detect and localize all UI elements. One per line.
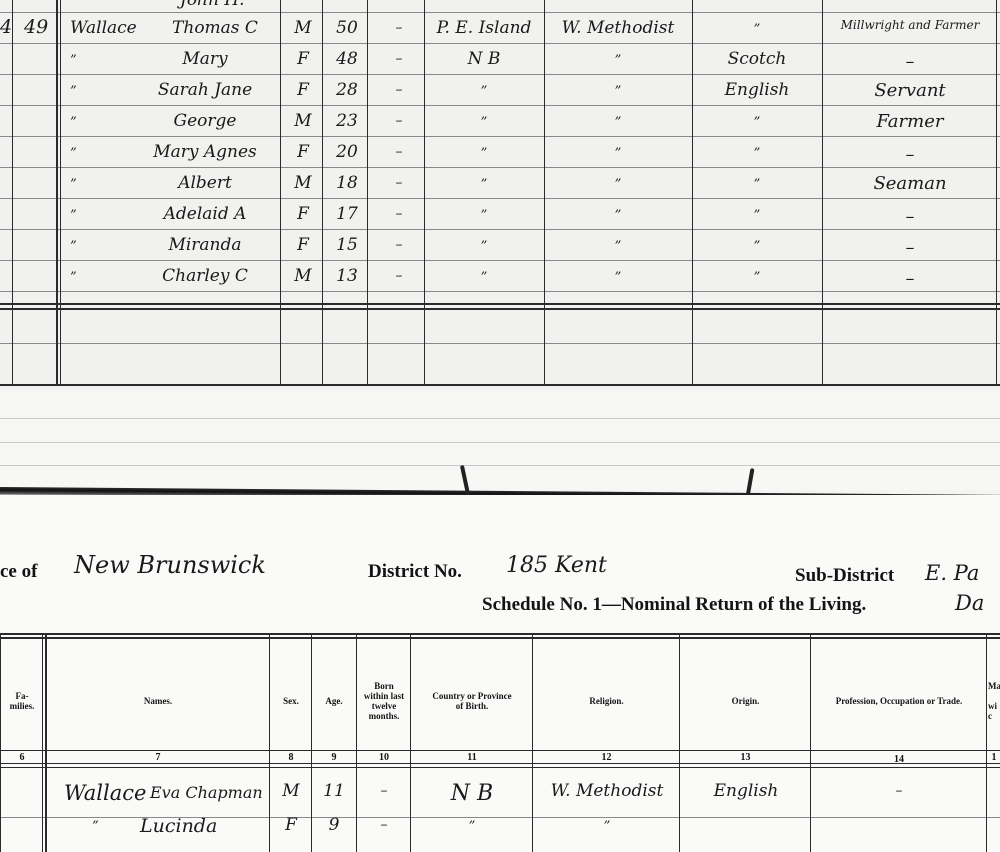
sex: F bbox=[290, 204, 316, 224]
given-name: Lucinda bbox=[140, 815, 217, 837]
given-name: George bbox=[140, 111, 270, 131]
column-number: 6 bbox=[2, 752, 42, 763]
age: 20 bbox=[332, 142, 362, 162]
born-within-year: – bbox=[392, 113, 406, 129]
origin: ” bbox=[696, 146, 818, 161]
column-header-label: Fa-milies. bbox=[2, 691, 42, 711]
religion: ” bbox=[548, 53, 688, 68]
lower-census-page: ce of New Brunswick District No. 185 Ken… bbox=[0, 495, 1000, 852]
age: 15 bbox=[332, 235, 362, 255]
occupation: – bbox=[826, 206, 994, 227]
origin: ” bbox=[696, 208, 818, 223]
column-header-label: Profession, Occupation or Trade. bbox=[812, 696, 986, 706]
census-row: ”Mary AgnesF20–”””– bbox=[0, 138, 1000, 169]
subdistrict-value: E. Pa bbox=[925, 561, 979, 585]
age: 13 bbox=[332, 266, 362, 286]
origin: English bbox=[696, 80, 818, 100]
census-row: ”Sarah JaneF28–””EnglishServant bbox=[0, 76, 1000, 107]
age: 48 bbox=[332, 49, 362, 69]
province-value: New Brunswick bbox=[74, 551, 266, 579]
census-row: ”AlbertM18–”””Seaman bbox=[0, 169, 1000, 200]
sex: F bbox=[290, 235, 316, 255]
given-name: Thomas C bbox=[150, 18, 280, 38]
religion: W. Methodist bbox=[548, 18, 688, 38]
occupation: – bbox=[826, 51, 994, 72]
surname: Wallace bbox=[64, 781, 146, 805]
header-num-rule bbox=[0, 767, 1000, 768]
sex: M bbox=[290, 266, 316, 286]
religion: ” bbox=[548, 239, 688, 254]
census-row: ”MirandaF15–”””– bbox=[0, 231, 1000, 262]
origin: ” bbox=[696, 177, 818, 192]
given-name: Miranda bbox=[140, 235, 270, 255]
given-name: Adelaid A bbox=[140, 204, 270, 224]
province-label: ce of bbox=[0, 561, 37, 583]
census-row: ”Adelaid AF17–”””– bbox=[0, 200, 1000, 231]
religion: ” bbox=[548, 84, 688, 99]
given-name: Mary bbox=[140, 49, 270, 69]
age: 11 bbox=[314, 781, 354, 801]
born-within-year: – bbox=[392, 175, 406, 191]
religion: ” bbox=[548, 115, 688, 130]
column-number: 12 bbox=[534, 752, 679, 763]
column-header-label: Mawic bbox=[988, 681, 1000, 721]
subdistrict-label: Sub-District bbox=[795, 565, 894, 587]
occupation: – bbox=[826, 144, 994, 165]
column-number: 7 bbox=[48, 752, 268, 763]
page-gap bbox=[0, 390, 1000, 490]
born-within-year: – bbox=[392, 20, 406, 36]
sex: F bbox=[290, 142, 316, 162]
age: 23 bbox=[332, 111, 362, 131]
birthplace: ” bbox=[428, 208, 540, 223]
given-name: Sarah Jane bbox=[140, 80, 270, 100]
born-within-year: – bbox=[392, 268, 406, 284]
birthplace: ” bbox=[428, 84, 540, 99]
religion: ” bbox=[548, 146, 688, 161]
birthplace: ” bbox=[428, 146, 540, 161]
sex: M bbox=[290, 18, 316, 38]
double-rule bbox=[0, 308, 1000, 310]
sex: F bbox=[290, 80, 316, 100]
religion: ” bbox=[548, 270, 688, 285]
occupation: – bbox=[826, 268, 994, 289]
birthplace: N B bbox=[428, 49, 540, 69]
bottom-rule bbox=[0, 384, 1000, 386]
column-header-label: Age. bbox=[313, 696, 355, 706]
upper-census-page: John H. ” ” 4 49 WallaceThomas CM50–P. E… bbox=[0, 0, 1000, 390]
birthplace: ” bbox=[428, 177, 540, 192]
partial-ditto: ” bbox=[618, 0, 625, 9]
sex: M bbox=[290, 173, 316, 193]
surname-ditto: ” bbox=[92, 819, 99, 834]
birthplace: ” bbox=[414, 819, 530, 834]
column-header-label: Sex. bbox=[271, 696, 311, 706]
double-rule bbox=[0, 303, 1000, 305]
census-row: ”LucindaF9–”” bbox=[0, 811, 1000, 842]
census-row: WallaceThomas CM50–P. E. IslandW. Method… bbox=[0, 14, 1000, 45]
row-rule bbox=[0, 12, 1000, 13]
column-header-label: Bornwithin lasttwelvemonths. bbox=[358, 681, 410, 721]
district-label: District No. bbox=[368, 561, 462, 583]
born-within-year: – bbox=[392, 237, 406, 253]
column-number: 10 bbox=[358, 752, 410, 763]
column-number: 8 bbox=[271, 752, 311, 763]
row-rule bbox=[0, 343, 1000, 344]
origin: ” bbox=[696, 270, 818, 285]
column-number: 1 bbox=[988, 752, 1000, 763]
occupation: Millwright and Farmer bbox=[826, 18, 994, 32]
census-row: ”GeorgeM23–”””Farmer bbox=[0, 107, 1000, 138]
origin: ” bbox=[696, 239, 818, 254]
sex: F bbox=[272, 815, 310, 835]
column-header-label: Origin. bbox=[681, 696, 810, 706]
born-within-year: – bbox=[360, 817, 408, 833]
schedule-title: Schedule No. 1—Nominal Return of the Liv… bbox=[482, 594, 866, 616]
sex: M bbox=[290, 111, 316, 131]
given-name: Eva Chapman bbox=[150, 783, 263, 802]
born-within-year: – bbox=[392, 82, 406, 98]
birthplace: ” bbox=[428, 239, 540, 254]
census-row: ”Charley CM13–”””– bbox=[0, 262, 1000, 293]
header-top-rule bbox=[0, 637, 1000, 639]
partial-ditto: ” bbox=[760, 0, 767, 9]
religion: W. Methodist bbox=[536, 781, 678, 801]
birthplace: ” bbox=[428, 270, 540, 285]
given-name: Mary Agnes bbox=[140, 142, 270, 162]
given-name: Albert bbox=[140, 173, 270, 193]
partial-name: John H. bbox=[180, 0, 245, 10]
occupation: Seaman bbox=[826, 173, 994, 194]
age: 28 bbox=[332, 80, 362, 100]
origin: English bbox=[683, 781, 809, 801]
occupation: Servant bbox=[826, 80, 994, 101]
born-within-year: – bbox=[360, 783, 408, 799]
occupation: – bbox=[826, 237, 994, 258]
sex: M bbox=[272, 781, 310, 801]
district-value: 185 Kent bbox=[506, 553, 607, 578]
occupation: Farmer bbox=[826, 111, 994, 132]
age: 17 bbox=[332, 204, 362, 224]
age: 9 bbox=[314, 815, 354, 835]
religion: ” bbox=[548, 208, 688, 223]
column-header-label: Names. bbox=[48, 696, 268, 706]
born-within-year: – bbox=[392, 51, 406, 67]
birthplace: P. E. Island bbox=[428, 18, 540, 38]
origin: ” bbox=[696, 115, 818, 130]
origin: Scotch bbox=[696, 49, 818, 69]
given-name: Charley C bbox=[140, 266, 270, 286]
religion: ” bbox=[536, 819, 678, 834]
religion: ” bbox=[548, 177, 688, 192]
schedule-date: Da bbox=[955, 591, 984, 615]
column-number: 9 bbox=[313, 752, 355, 763]
column-number: 14 bbox=[812, 754, 986, 765]
born-within-year: – bbox=[392, 144, 406, 160]
birthplace: N B bbox=[414, 781, 530, 806]
census-row: ”MaryF48–N B”Scotch– bbox=[0, 45, 1000, 76]
age: 18 bbox=[332, 173, 362, 193]
column-number: 11 bbox=[412, 752, 532, 763]
column-number: 13 bbox=[681, 752, 810, 763]
census-row: WallaceEva ChapmanM11–N BW. MethodistEng… bbox=[0, 777, 1000, 808]
age: 50 bbox=[332, 18, 362, 38]
sex: F bbox=[290, 49, 316, 69]
column-header-label: Religion. bbox=[534, 696, 679, 706]
origin: ” bbox=[696, 22, 818, 37]
header-top-rule bbox=[0, 633, 1000, 635]
born-within-year: – bbox=[392, 206, 406, 222]
column-header-label: Country or Provinceof Birth. bbox=[412, 691, 532, 711]
birthplace: ” bbox=[428, 115, 540, 130]
occupation: – bbox=[814, 783, 984, 799]
header-num-rule bbox=[0, 750, 1000, 751]
